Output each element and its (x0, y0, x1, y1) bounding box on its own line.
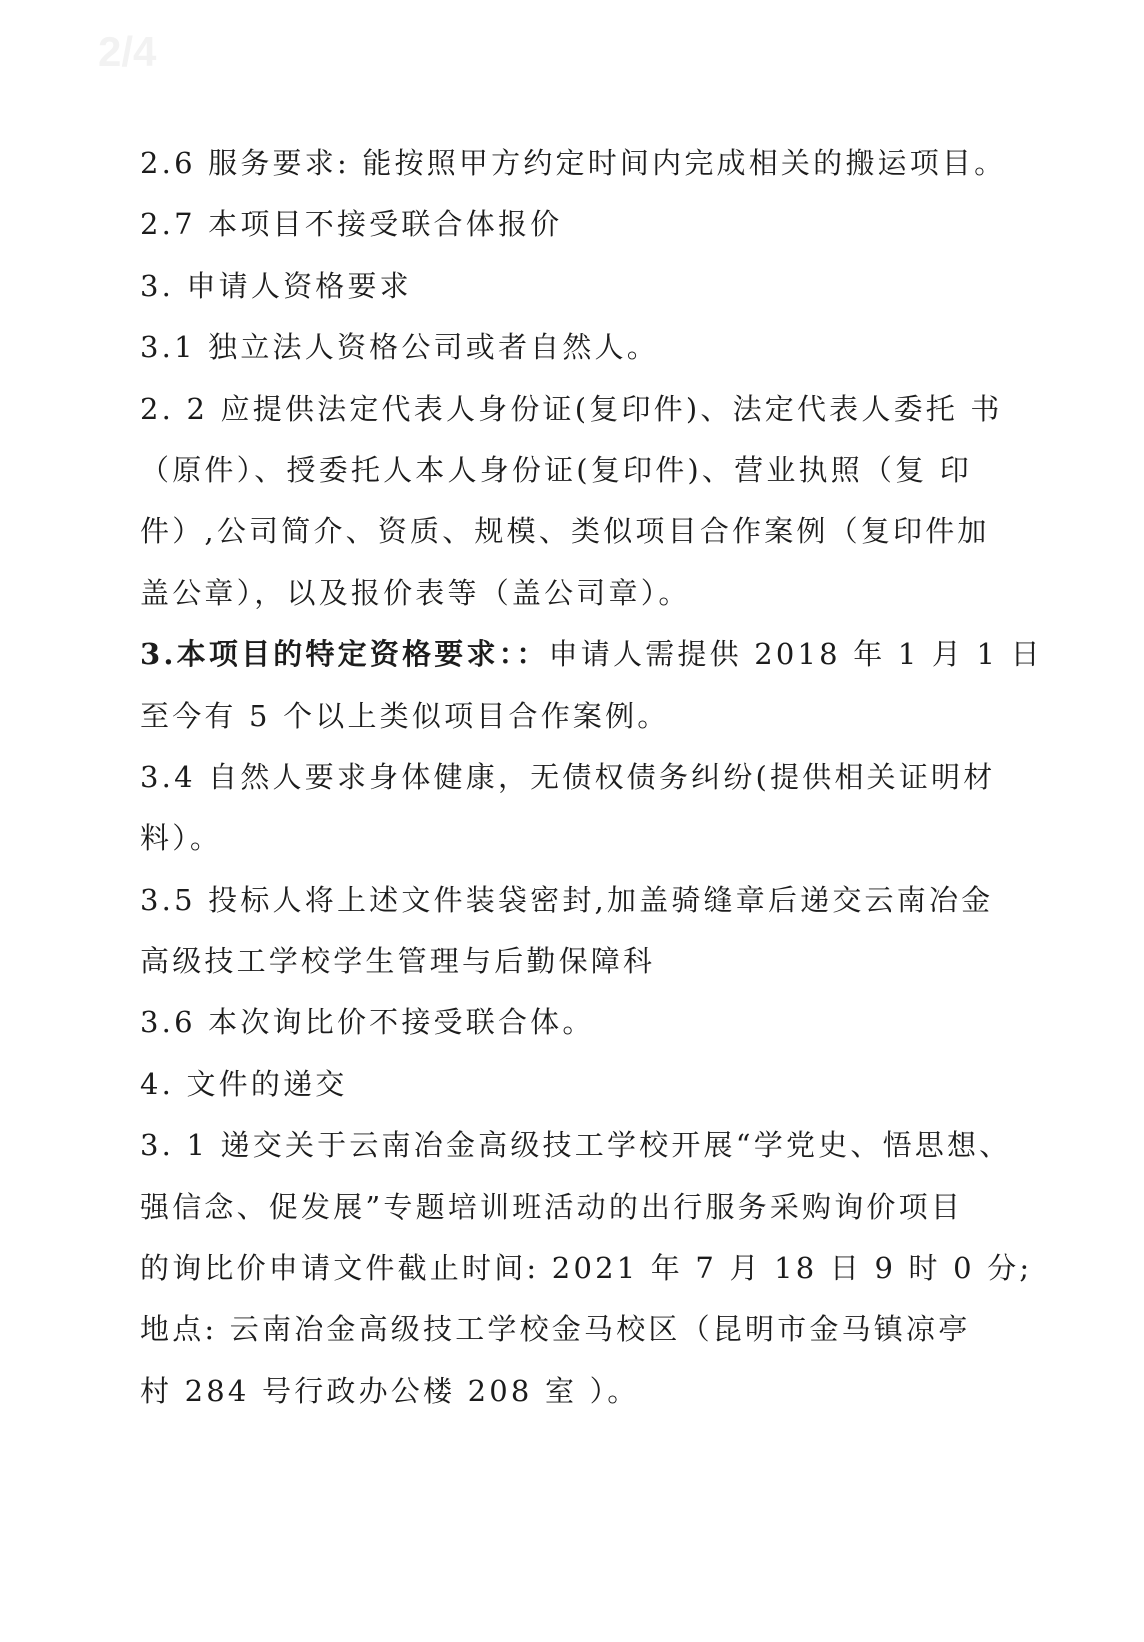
text-line-location-cont: 村 284 号行政办公楼 208 室 ）。 (140, 1368, 960, 1429)
specific-requirements-text: 申请人需提供 2018 年 1 月 1 日 (549, 637, 1043, 671)
text-line-4-1: 3. 1 递交关于云南冶金高级技工学校开展“学党史、悟思想、 (140, 1122, 960, 1183)
text-line-location: 地点: 云南冶金高级技工学校金马校区（昆明市金马镇凉亭 (140, 1306, 960, 1367)
text-line-3-specific-cont: 至今有 5 个以上类似项目合作案例。 (140, 693, 960, 754)
section-heading-3: 3. 申请人资格要求 (140, 263, 960, 324)
text-line-3-5-cont: 高级技工学校学生管理与后勤保障科 (140, 938, 960, 999)
section-heading-4: 4. 文件的递交 (140, 1061, 960, 1122)
text-line-3-specific: 3.本项目的特定资格要求：：申请人需提供 2018 年 1 月 1 日 (140, 631, 960, 692)
text-line-3-4: 3.4 自然人要求身体健康，无债权债务纠纷(提供相关证明材 (140, 754, 960, 815)
text-line-2-6: 2.6 服务要求: 能按照甲方约定时间内完成相关的搬运项目。 (140, 140, 960, 201)
text-line-3-1: 3.1 独立法人资格公司或者自然人。 (140, 324, 960, 385)
text-line-2-7: 2.7 本项目不接受联合体报价 (140, 201, 960, 262)
page-indicator: 2/4 (98, 28, 156, 76)
specific-requirements-label: 3.本项目的特定资格要求：： (140, 637, 549, 671)
text-line-deadline: 的询比价申请文件截止时间: 2021 年 7 月 18 日 9 时 0 分; (140, 1245, 960, 1306)
text-line-2-2: 2. 2 应提供法定代表人身份证(复印件)、法定代表人委托 书 (140, 386, 960, 447)
text-line-2-2-cont-3: 盖公章），以及报价表等（盖公司章）。 (140, 570, 960, 631)
document-body: 2.6 服务要求: 能按照甲方约定时间内完成相关的搬运项目。 2.7 本项目不接… (140, 140, 960, 1429)
text-line-2-2-cont-2: 件）,公司简介、资质、规模、类似项目合作案例（复印件加 (140, 508, 960, 569)
text-line-3-5: 3.5 投标人将上述文件装袋密封,加盖骑缝章后递交云南冶金 (140, 877, 960, 938)
text-line-4-1-cont-1: 强信念、促发展”专题培训班活动的出行服务采购询价项目 (140, 1184, 960, 1245)
text-line-3-4-cont: 料）。 (140, 815, 960, 876)
text-line-3-6: 3.6 本次询比价不接受联合体。 (140, 999, 960, 1060)
text-line-2-2-cont-1: （原件）、授委托人本人身份证(复印件)、营业执照（复 印 (140, 447, 960, 508)
